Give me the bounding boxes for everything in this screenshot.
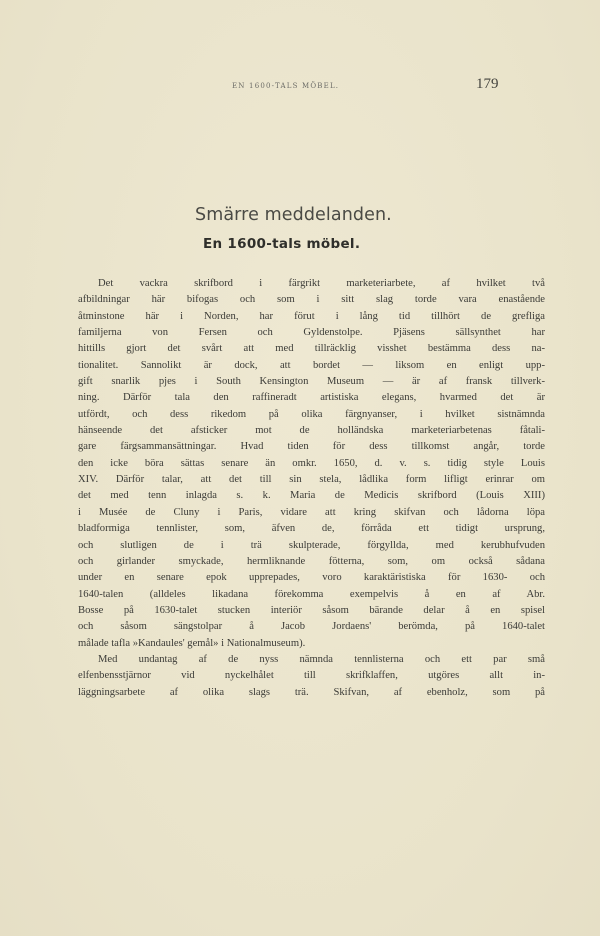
text-line: den icke böra sättas senare än omkr. 165… — [78, 456, 545, 472]
text-line: afbildningar här bifogas och som i sitt … — [78, 292, 545, 308]
text-line: läggningsarbete af olika slags trä. Skif… — [78, 685, 545, 701]
text-line: XIV. Därför talar, att det till sin stel… — [78, 472, 545, 488]
text-line: hittills gjort det svårt att med tillräc… — [78, 341, 545, 357]
running-head: EN 1600-TALS MÖBEL. — [232, 82, 339, 90]
text-line: Med undantag af de nyss nämnda tennliste… — [78, 652, 545, 668]
text-line: utfördt, och dess rikedom på olika färgn… — [78, 407, 545, 423]
text-line: Bosse på 1630-talet stucken interiör sås… — [78, 603, 545, 619]
article-title: En 1600-tals möbel. — [203, 236, 360, 252]
text-line: familjerna von Fersen och Gyldenstolpe. … — [78, 325, 545, 341]
text-line: och såsom sängstolpar å Jacob Jordaens' … — [78, 619, 545, 635]
text-line: åtminstone här i Norden, har förut i lån… — [78, 309, 545, 325]
text-line: ning. Därför tala den raffineradt artist… — [78, 390, 545, 406]
text-line: gift snarlik pjes i South Kensington Mus… — [78, 374, 545, 390]
page-number: 179 — [476, 76, 499, 93]
text-line: i Musée de Cluny i Paris, vidare att kri… — [78, 505, 545, 521]
text-line: bladformiga tennlister, som, äfven de, f… — [78, 521, 545, 537]
text-line: det med tenn inlagda s. k. Maria de Medi… — [78, 488, 545, 504]
text-line: hänseende det afsticker mot de holländsk… — [78, 423, 545, 439]
text-line: och girlander smyckade, hermliknande föt… — [78, 554, 545, 570]
section-title: Smärre meddelanden. — [195, 205, 392, 225]
text-line: Det vackra skrifbord i färgrikt marketer… — [78, 276, 545, 292]
book-page: EN 1600-TALS MÖBEL. 179 Smärre meddeland… — [0, 0, 600, 936]
text-line: under en senare epok upprepades, voro ka… — [78, 570, 545, 586]
text-line: och slutligen de i trä skulpterade, förg… — [78, 538, 545, 554]
text-line: elfenbensstjärnor vid nyckelhålet till s… — [78, 668, 545, 684]
text-line: tionalitet. Sannolikt är dock, att borde… — [78, 358, 545, 374]
body-text: Det vackra skrifbord i färgrikt marketer… — [78, 276, 545, 701]
text-line: gare färgsammansättningar. Hvad tiden fö… — [78, 439, 545, 455]
text-line: 1640-talen (alldeles likadana förekomma … — [78, 587, 545, 603]
text-line: målade tafla »Kandaules' gemål» i Nation… — [78, 636, 545, 652]
